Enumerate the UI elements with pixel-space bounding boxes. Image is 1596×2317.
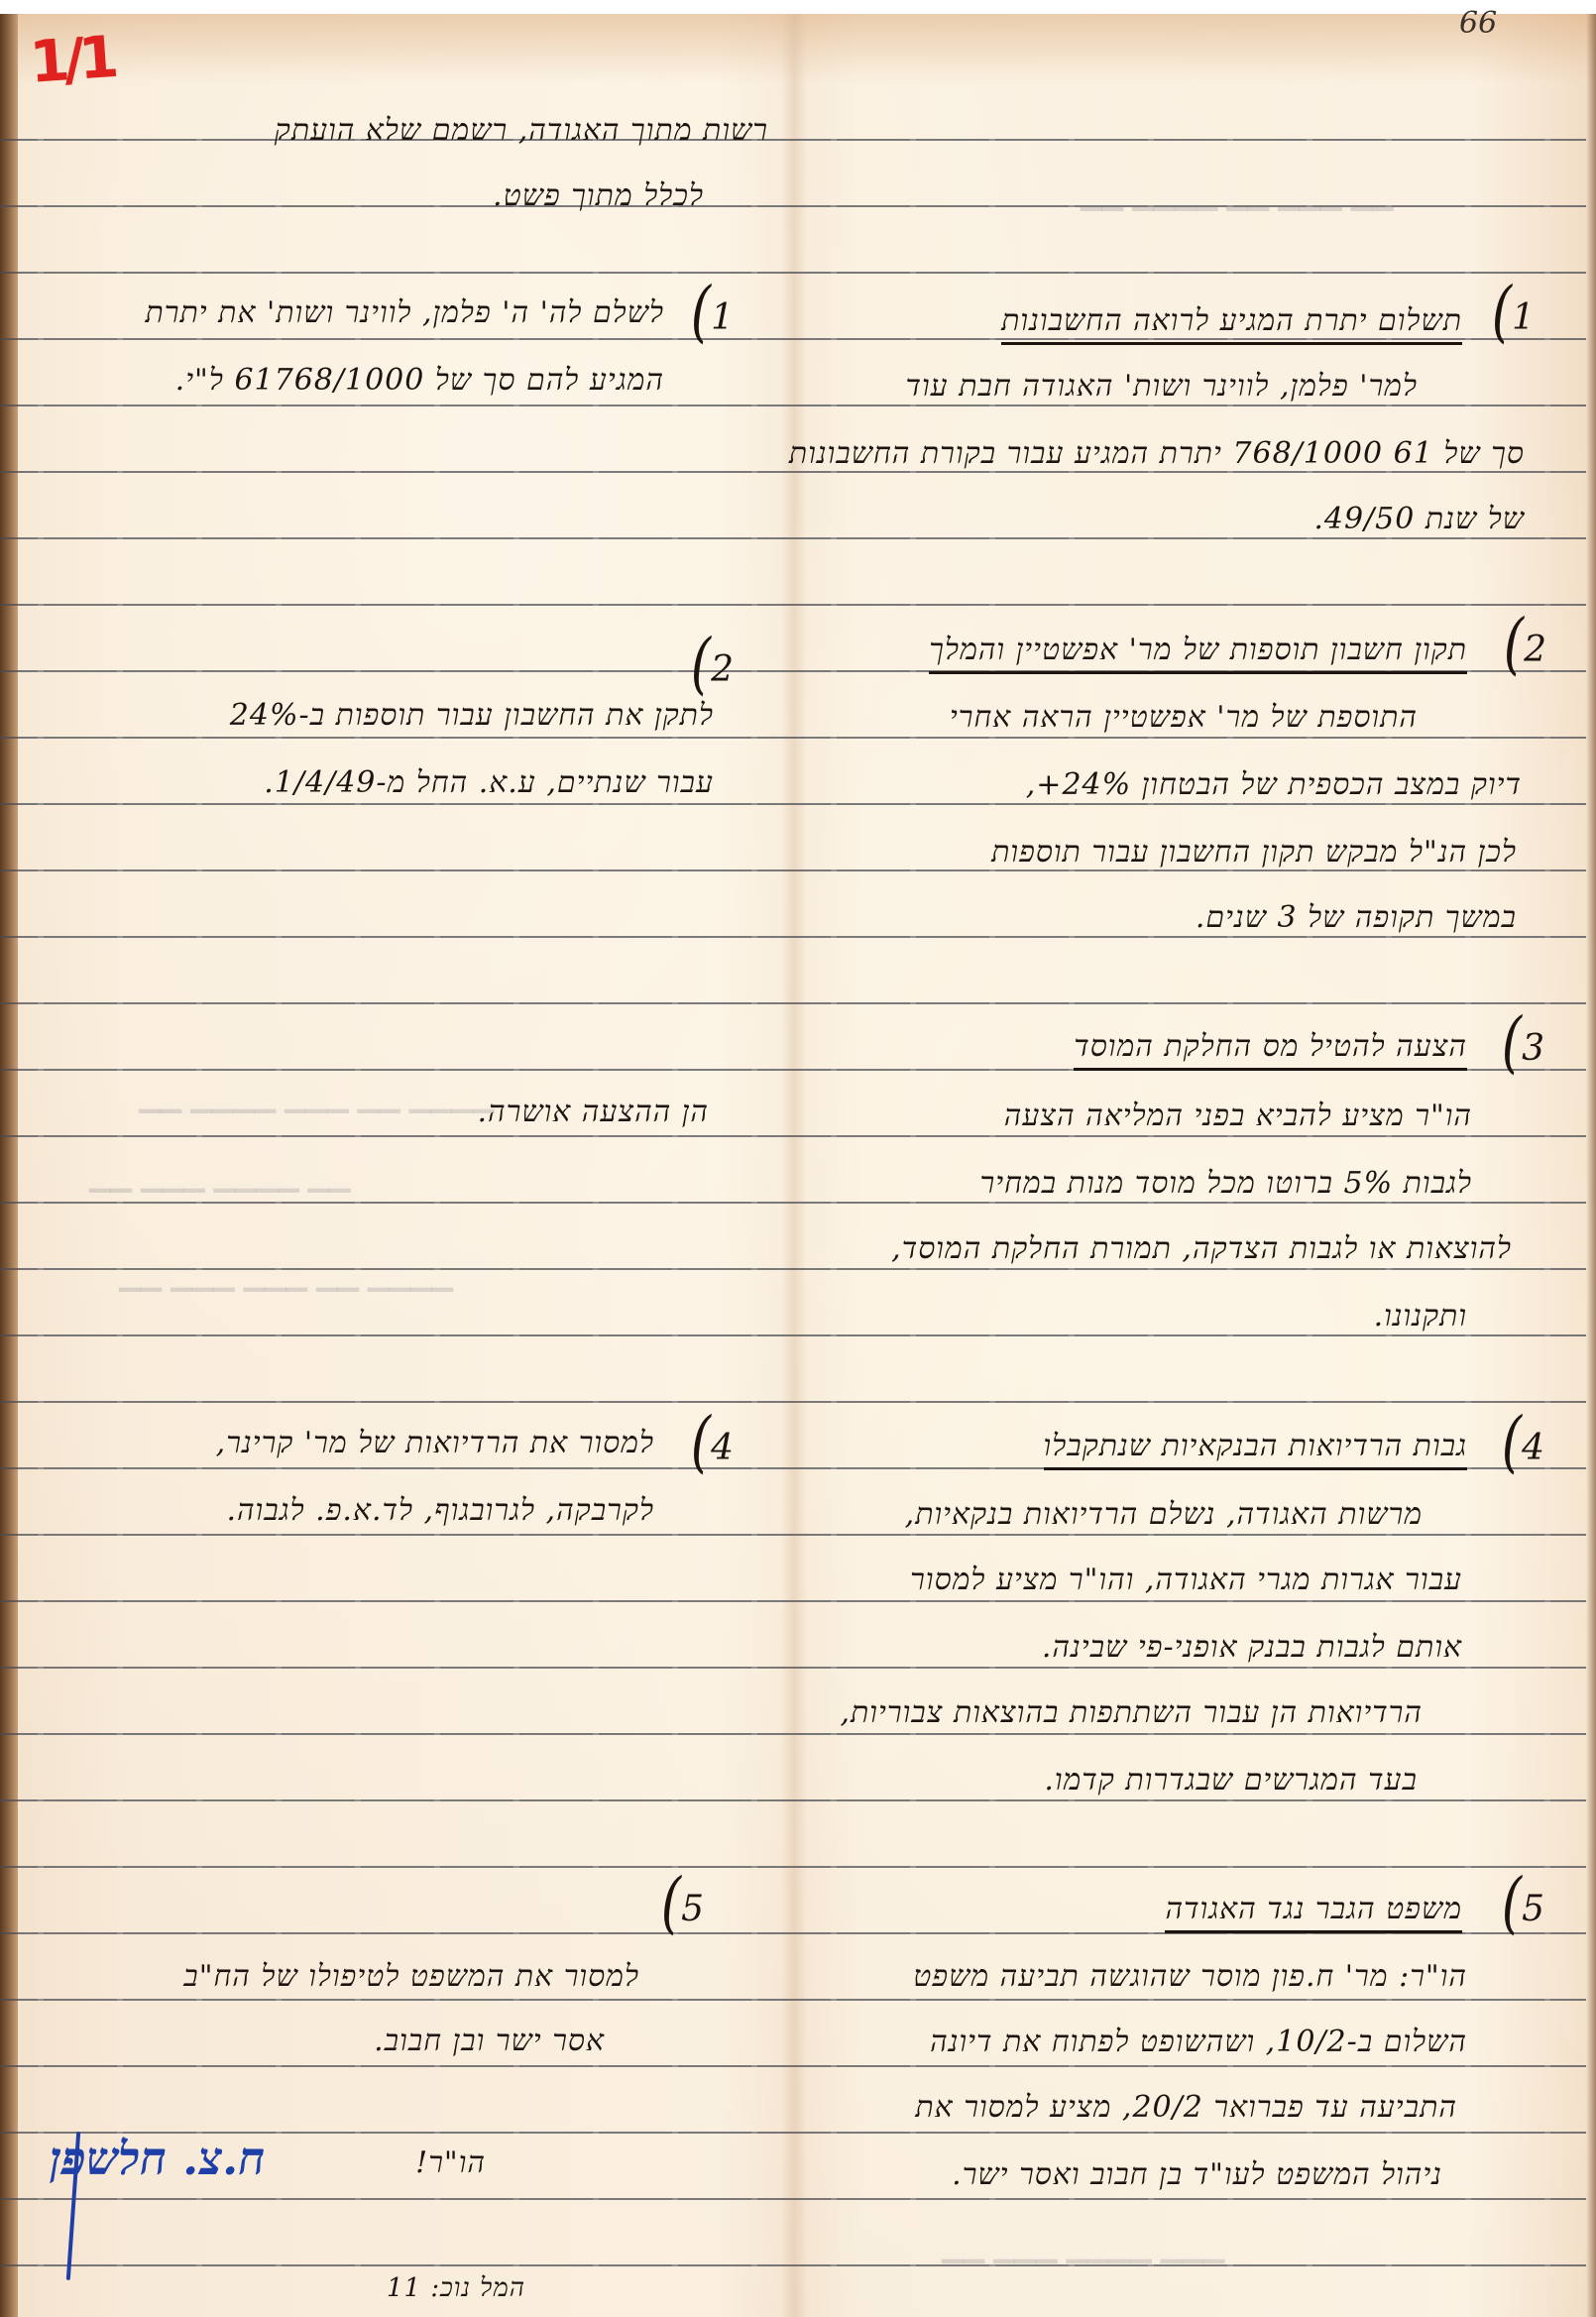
ruled-line (0, 272, 1586, 274)
page-center-fold (781, 14, 807, 2317)
decision-2-line-2: עבור שנתיים, ע.א. החל מ-1/4/49. (264, 750, 714, 816)
agenda-item-1-line-1: למר' פלמן, לווינר ושות' האגודה חבת עוד (906, 353, 1418, 419)
page-number: 66 (1459, 6, 1497, 41)
decision-5-line-2: אסר ישר ובן חבוב. (374, 2008, 605, 2074)
bleed-through-text: ▁▁▁▁ ▁▁ ▁▁▁ ▁▁▁▁ ▁▁ (139, 1081, 495, 1113)
agenda-item-title-text: הצעה להטיל מס החלקת המוסד (1074, 1029, 1467, 1071)
decision-4-line-2: לקרבקה, לגרובגוף, לד.א.פ. לגבוה. (226, 1477, 654, 1544)
ruled-line (0, 1002, 1586, 1004)
agenda-item-2-line-3: לכן הנ"ל מבקש תקון החשבון עבור תוספות (991, 819, 1517, 885)
agenda-item-3-line-3: להוצאות או לגבות הצדקה, תמורת החלקת המוס… (891, 1216, 1512, 1282)
bleed-through-text: ▁▁▁ ▁▁▁▁ ▁▁▁ ▁▁ (942, 2231, 1224, 2263)
agenda-item-5-line-1: הו"ר: מר' ח.פון מוסר שהוגשה תביעה משפט (913, 1943, 1467, 2010)
agenda-item-3-line-2: לגבות 5% ברוטו מכל מוסד מנות במחיר (980, 1150, 1472, 1216)
decision-1-line-2: המגיע להם סך של 61768/1000 ל"י. (175, 347, 664, 413)
decision-2-line-1: לתקן את החשבון עבור תוספות ב-24% (230, 682, 714, 749)
agenda-item-5-title: משפט הגבר נגד האגודה (1165, 1876, 1462, 1942)
ruled-line (0, 139, 1586, 141)
left-header-line-1: רשות מתוך האגודה, רשמם שלא הועתק (275, 97, 768, 164)
parenthesis-glyph: ) (691, 274, 711, 351)
parenthesis-glyph: ) (1504, 606, 1524, 683)
decision-1-line-1: לשלם לה' ה' פלמן, לווינר ושות' את יתרת (145, 280, 664, 346)
agenda-item-4-line-2: עבור אגרות מגרי האגודה, והו"ר מציע למסור (910, 1547, 1462, 1613)
agenda-item-number: 5) (1498, 1874, 1544, 1933)
archive-mark: 1/1 (28, 23, 115, 96)
agenda-item-2-line-1: התוספת של מר' אפשטיין הראה אחרי (950, 684, 1418, 751)
left-header-line-2: לכלל מתוך פשט. (493, 163, 704, 229)
decision-4-line-1: למסור את הרדיואות של מר' קרינר, (216, 1410, 654, 1476)
ruled-line (0, 1334, 1586, 1336)
ruled-line (0, 2264, 1586, 2266)
ruled-line (0, 604, 1586, 606)
agenda-item-5-line-3: התביעה עד פברואר 20/2, מציע למסור את (915, 2074, 1457, 2141)
signature: ח.צ. חלשפן (50, 2132, 265, 2185)
parenthesis-glyph: ) (1502, 1865, 1522, 1942)
agenda-item-number: 2) (1500, 615, 1546, 674)
bleed-through-text: ▁▁ ▁▁▁▁ ▁▁▁ ▁▁ (89, 1160, 351, 1193)
page-footnote: המל נוכ: 11 (387, 2256, 525, 2317)
bleed-through-text: ▁▁▁▁ ▁▁ ▁▁▁ ▁▁▁ ▁▁ (119, 1259, 453, 1292)
agenda-item-5-line-4: ניהול המשפט לעו"ד בן חבוב ואסר ישר. (952, 2142, 1442, 2208)
parenthesis-glyph: ) (1502, 1404, 1522, 1481)
agenda-item-number: 1) (1488, 283, 1535, 342)
agenda-item-2-line-4: במשך תקופה של 3 שנים. (1196, 884, 1517, 951)
parenthesis-glyph: ) (1502, 1004, 1522, 1082)
parenthesis-glyph: ) (691, 1404, 711, 1481)
decision-number: 5) (657, 1874, 704, 1933)
agenda-item-number: 3) (1498, 1013, 1544, 1073)
agenda-item-2-line-2: דיוק במצב הכספית של הבטחון 24%+, (1026, 752, 1522, 818)
ruled-line (0, 1401, 1586, 1403)
decision-number: 1) (687, 283, 734, 342)
agenda-item-3-line-4: ותקנונו. (1374, 1283, 1467, 1349)
agenda-item-4-line-1: מרשות האגודה, נשלם הרדיואות בנקאיות, (905, 1481, 1423, 1548)
bleed-through-text: ▁▁ ▁▁▁ ▁▁ ▁▁▁▁ ▁▁ (1081, 178, 1394, 211)
agenda-item-2-title: תקון חשבון תוספות של מר' אפשטיין והמלך (929, 617, 1467, 683)
agenda-item-4-line-4: הרדיואות הן עבור השתתפות בהוצאות צבוריות… (840, 1680, 1423, 1746)
agenda-item-3-title: הצעה להטיל מס החלקת המוסד (1074, 1013, 1467, 1080)
decision-3-line-1: הן ההצעה אושרה. (478, 1079, 710, 1145)
agenda-item-number: 4) (1498, 1413, 1544, 1472)
closing-note: הו"ר! (415, 2130, 486, 2196)
parenthesis-glyph: ) (1492, 274, 1512, 351)
decision-5-line-1: למסור את המשפט לטיפולו של הח"ב (183, 1943, 639, 2010)
agenda-item-title-text: תקון חשבון תוספות של מר' אפשטיין והמלך (929, 633, 1467, 674)
agenda-item-5-line-2: השלום ב-10/2, ושהשופט לפתוח את דיונה (930, 2009, 1467, 2075)
agenda-item-1-line-2: סך של 61 768/1000 יתרת המגיע עבור בקורת … (789, 420, 1525, 487)
binding-gutter (0, 14, 18, 2317)
parenthesis-glyph: ) (661, 1865, 681, 1942)
agenda-item-4-line-5: בעד המגרשים שבגדרות קדמו. (1044, 1747, 1418, 1813)
agenda-item-3-line-1: הו"ר מציע להביא בפני המליאה הצעה (1004, 1083, 1472, 1149)
agenda-item-4-title: גבות הרדיואות הבנקאיות שנתקבלו (1044, 1413, 1467, 1479)
agenda-item-1-line-3: של שנת 49/50. (1313, 486, 1525, 552)
agenda-item-4-line-3: אותם לגבות בבנק אופני-פי שבינה. (1042, 1614, 1462, 1680)
agenda-item-1-title: תשלום יתרת המגיע לרואה החשבונות (1001, 288, 1462, 354)
decision-number: 4) (687, 1413, 734, 1472)
page-right-edge (1586, 14, 1596, 2317)
agenda-item-title-text: משפט הגבר נגד האגודה (1165, 1892, 1462, 1933)
ruled-line (0, 1866, 1586, 1868)
agenda-item-title-text: גבות הרדיואות הבנקאיות שנתקבלו (1044, 1429, 1467, 1470)
agenda-item-title-text: תשלום יתרת המגיע לרואה החשבונות (1001, 303, 1462, 345)
